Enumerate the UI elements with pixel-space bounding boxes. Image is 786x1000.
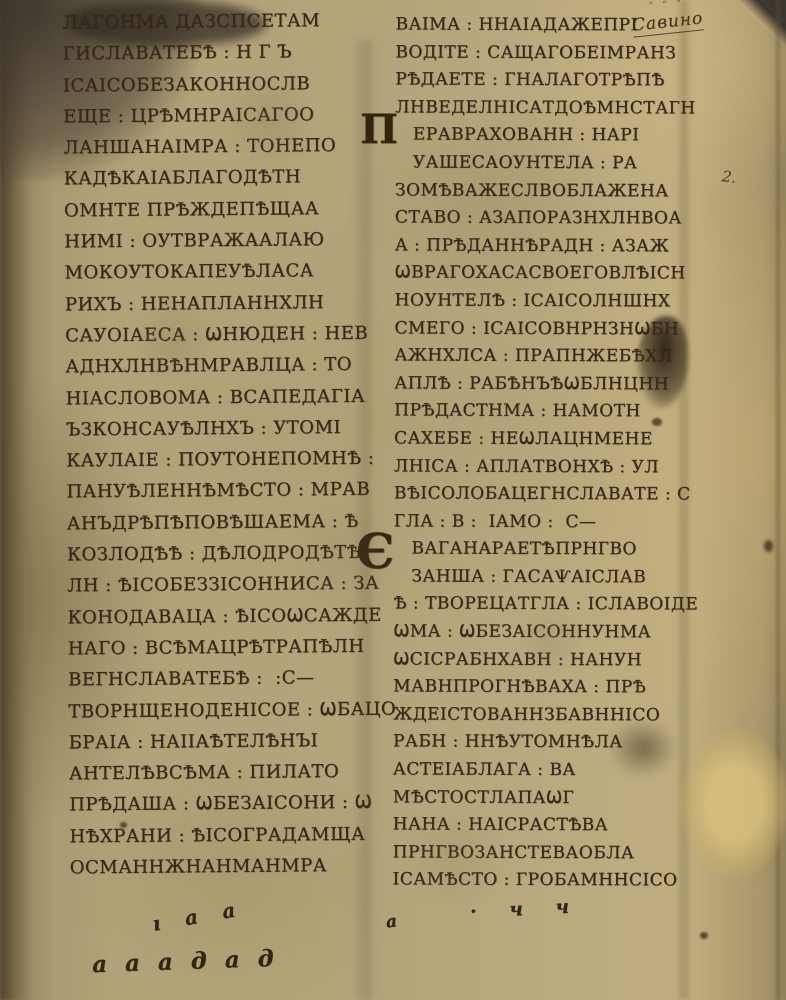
manuscript-line: ІСАМѢСТО : ГРОБАМННСІСО (392, 867, 728, 896)
manuscript-line: НОУНТЕЛѢ : ІСАІСОЛНШНХ (394, 287, 730, 316)
manuscript-line: НІАСЛОВОМА : ВСАПЕДАГІА (65, 380, 387, 414)
manuscript-line: ГИСЛАВАТЕБѢ : Н Г Ъ (62, 36, 384, 70)
manuscript-line: ВАГАНАРАЕТѢПРНГВО (394, 536, 730, 565)
manuscript-line: ЛН : ѢІСОБЕЗЗІСОННИСА : ЗА (67, 568, 389, 602)
ink-speck (700, 932, 708, 939)
manuscript-line: АДНХЛНВѢНМРАВЛЦА : ТО (65, 349, 387, 383)
manuscript-line: ПРНГВОЗАНСТЕВАОБЛА (393, 839, 729, 868)
pen-trial-mark: а (385, 911, 398, 932)
ink-speck (764, 540, 773, 552)
manuscript-line: НАГО : ВСѢМАЦРѢТРАПѢЛН (68, 631, 390, 665)
manuscript-line: ЖДЕІСТОВАННЗБАВННІСО (393, 701, 729, 730)
manuscript-line: ВѢІСОЛОБАЦЕГНСЛАВАТЕ : С (394, 481, 730, 510)
manuscript-line: ГЛА : В : ІАМО : С— (394, 508, 730, 537)
manuscript-line: РИХЪ : НЕНАПЛАННХЛН (65, 286, 387, 320)
manuscript-line: ОСМАННЖНАНМАНМРА (70, 850, 392, 884)
manuscript-line: ѠМА : ѠБЕЗАІСОННУНМА (393, 618, 729, 647)
manuscript-line: АЖНХЛСА : ПРАПНЖЕБѢХЛ (394, 343, 730, 372)
manuscript-line: МАВНПРОГНѢВАХА : ПРѢ (393, 674, 729, 703)
manuscript-line: МѢСТОСТЛАПАѠГ (393, 784, 729, 813)
manuscript-page: ˮ ˮ ˮ Савино 2. ЛАГОНМА ДАЗСПСЕТАМГИСЛАВ… (0, 0, 786, 1000)
manuscript-line: УАШЕСАОУНТЕЛА : РА (395, 149, 731, 178)
manuscript-line: ЗАНША : ГАСАѰАІСЛАВ (394, 563, 730, 592)
manuscript-line: САУОІАЕСА : ѠНЮДЕН : НЕВ (65, 318, 387, 352)
manuscript-line: ВОДІТЕ : САЩАГОБЕІМРАНЗ (395, 39, 731, 68)
manuscript-line: АПЛѢ : РАБѢНЪѢѠБЛНЦНН (394, 370, 730, 399)
manuscript-line: КОЗЛОДѢѢ : ДѢЛОДРОДѢТѢ (67, 537, 389, 571)
manuscript-line: ЛАГОНМА ДАЗСПСЕТАМ (62, 5, 384, 39)
manuscript-line: ЛНІСА : АПЛАТВОНХѢ : УЛ (394, 453, 730, 482)
manuscript-line: СТАВО : АЗАПОРАЗНХЛНВОА (395, 205, 731, 234)
manuscript-line: КАУЛАІЕ : ПОУТОНЕПОМНѢ : (66, 443, 388, 477)
manuscript-line: МОКОУТОКАПЕУѢЛАСА (64, 255, 386, 289)
manuscript-line: КАДѢКАІАБЛАГОДѢТН (64, 161, 386, 195)
manuscript-line: ПАНУѢЛЕННѢМѢСТО : МРАВ (66, 474, 388, 508)
manuscript-line: СМЕГО : ІСАІСОВНРНЗНѠБН (394, 315, 730, 344)
manuscript-line: АНЪДРѢПѢПОВѢШАЕМА : Ѣ (67, 505, 389, 539)
manuscript-line: ВЕГНСЛАВАТЕБѢ : :С— (68, 662, 390, 696)
manuscript-line: САХЕБЕ : НЕѠЛАЦНМЕНЕ (394, 425, 730, 454)
manuscript-line: ОМНТЕ ПРѢЖДЕПѢЩАА (64, 192, 386, 226)
manuscript-line: ПРѢДАША : ѠБЕЗАІСОНИ : Ѡ (69, 787, 391, 821)
manuscript-line: ІСАІСОБЕЗАКОННОСЛВ (63, 67, 385, 101)
pen-trial-mark: ı а а (151, 896, 246, 936)
page-right-edge (776, 0, 780, 1000)
manuscript-line: ЪЗКОНСАУѢЛНХЪ : УТОМІ (66, 411, 388, 445)
right-text-column: ВАІМА : ННАІАДАЖЕПРІВОДІТЕ : САЩАГОБЕІМР… (392, 11, 731, 895)
manuscript-line: АНТЕЛѢВСѢМА : ПИЛАТО (69, 756, 391, 790)
manuscript-line: ТВОРНЩЕНОДЕНІСОЕ : ѠБАЦО (68, 693, 390, 727)
manuscript-line: ВАІМА : ННАІАДАЖЕПРІ (395, 11, 731, 40)
manuscript-line: НѢХРАНИ : ѢІСОГРАДАМЩА (69, 818, 391, 852)
pen-trial-mark: а а а д а д (92, 945, 279, 978)
manuscript-line: ЕЩЕ : ЦРѢМНРАІСАГОО (63, 98, 385, 132)
initial-letter-est: Є (356, 524, 394, 580)
initial-letter-pokoi: П (360, 106, 398, 153)
manuscript-line: ЛАНШАНАІМРА : ТОНЕПО (63, 130, 385, 164)
manuscript-line: ЗОМѢВАЖЕСЛВОБЛАЖЕНА (395, 177, 731, 206)
manuscript-line: ѠВРАГОХАСАСВОЕГОВЛѢІСН (395, 260, 731, 289)
manuscript-line: РАБН : ННѢУТОМНѢЛА (393, 729, 729, 758)
manuscript-line: НАНА : НАІСРАСТѢВА (393, 812, 729, 841)
manuscript-line: АСТЕІАБЛАГА : ВА (393, 756, 729, 785)
pen-trial-mark: · ч ч (470, 895, 583, 923)
manuscript-line: ЕРАВРАХОВАНН : НАРІ (395, 122, 731, 151)
manuscript-line: ЛНВЕДЕЛНІСАТДОѢМНСТАГН (395, 94, 731, 123)
manuscript-line: Ѣ : ТВОРЕЦАТГЛА : ІСЛАВОІДЕ (393, 591, 729, 620)
manuscript-line: РѢДАЕТЕ : ГНАЛАГОТРѢПѢ (395, 67, 731, 96)
left-text-column: ЛАГОНМА ДАЗСПСЕТАМГИСЛАВАТЕБѢ : Н Г ЪІСА… (62, 5, 392, 884)
manuscript-line: ПРѢДАСТНМА : НАМОТН (394, 398, 730, 427)
manuscript-line: ѠСІСРАБНХАВН : НАНУН (393, 646, 729, 675)
manuscript-line: НИМІ : ОУТВРАЖААЛАЮ (64, 224, 386, 258)
manuscript-line: БРАІА : НАІІАѢТЕЛѢНЪІ (68, 724, 390, 758)
manuscript-line: КОНОДАВАЦА : ѢІСОѠСАЖДЕ (67, 599, 389, 633)
manuscript-line: А : ПРѢДАННѢРАДН : АЗАЖ (395, 232, 731, 261)
